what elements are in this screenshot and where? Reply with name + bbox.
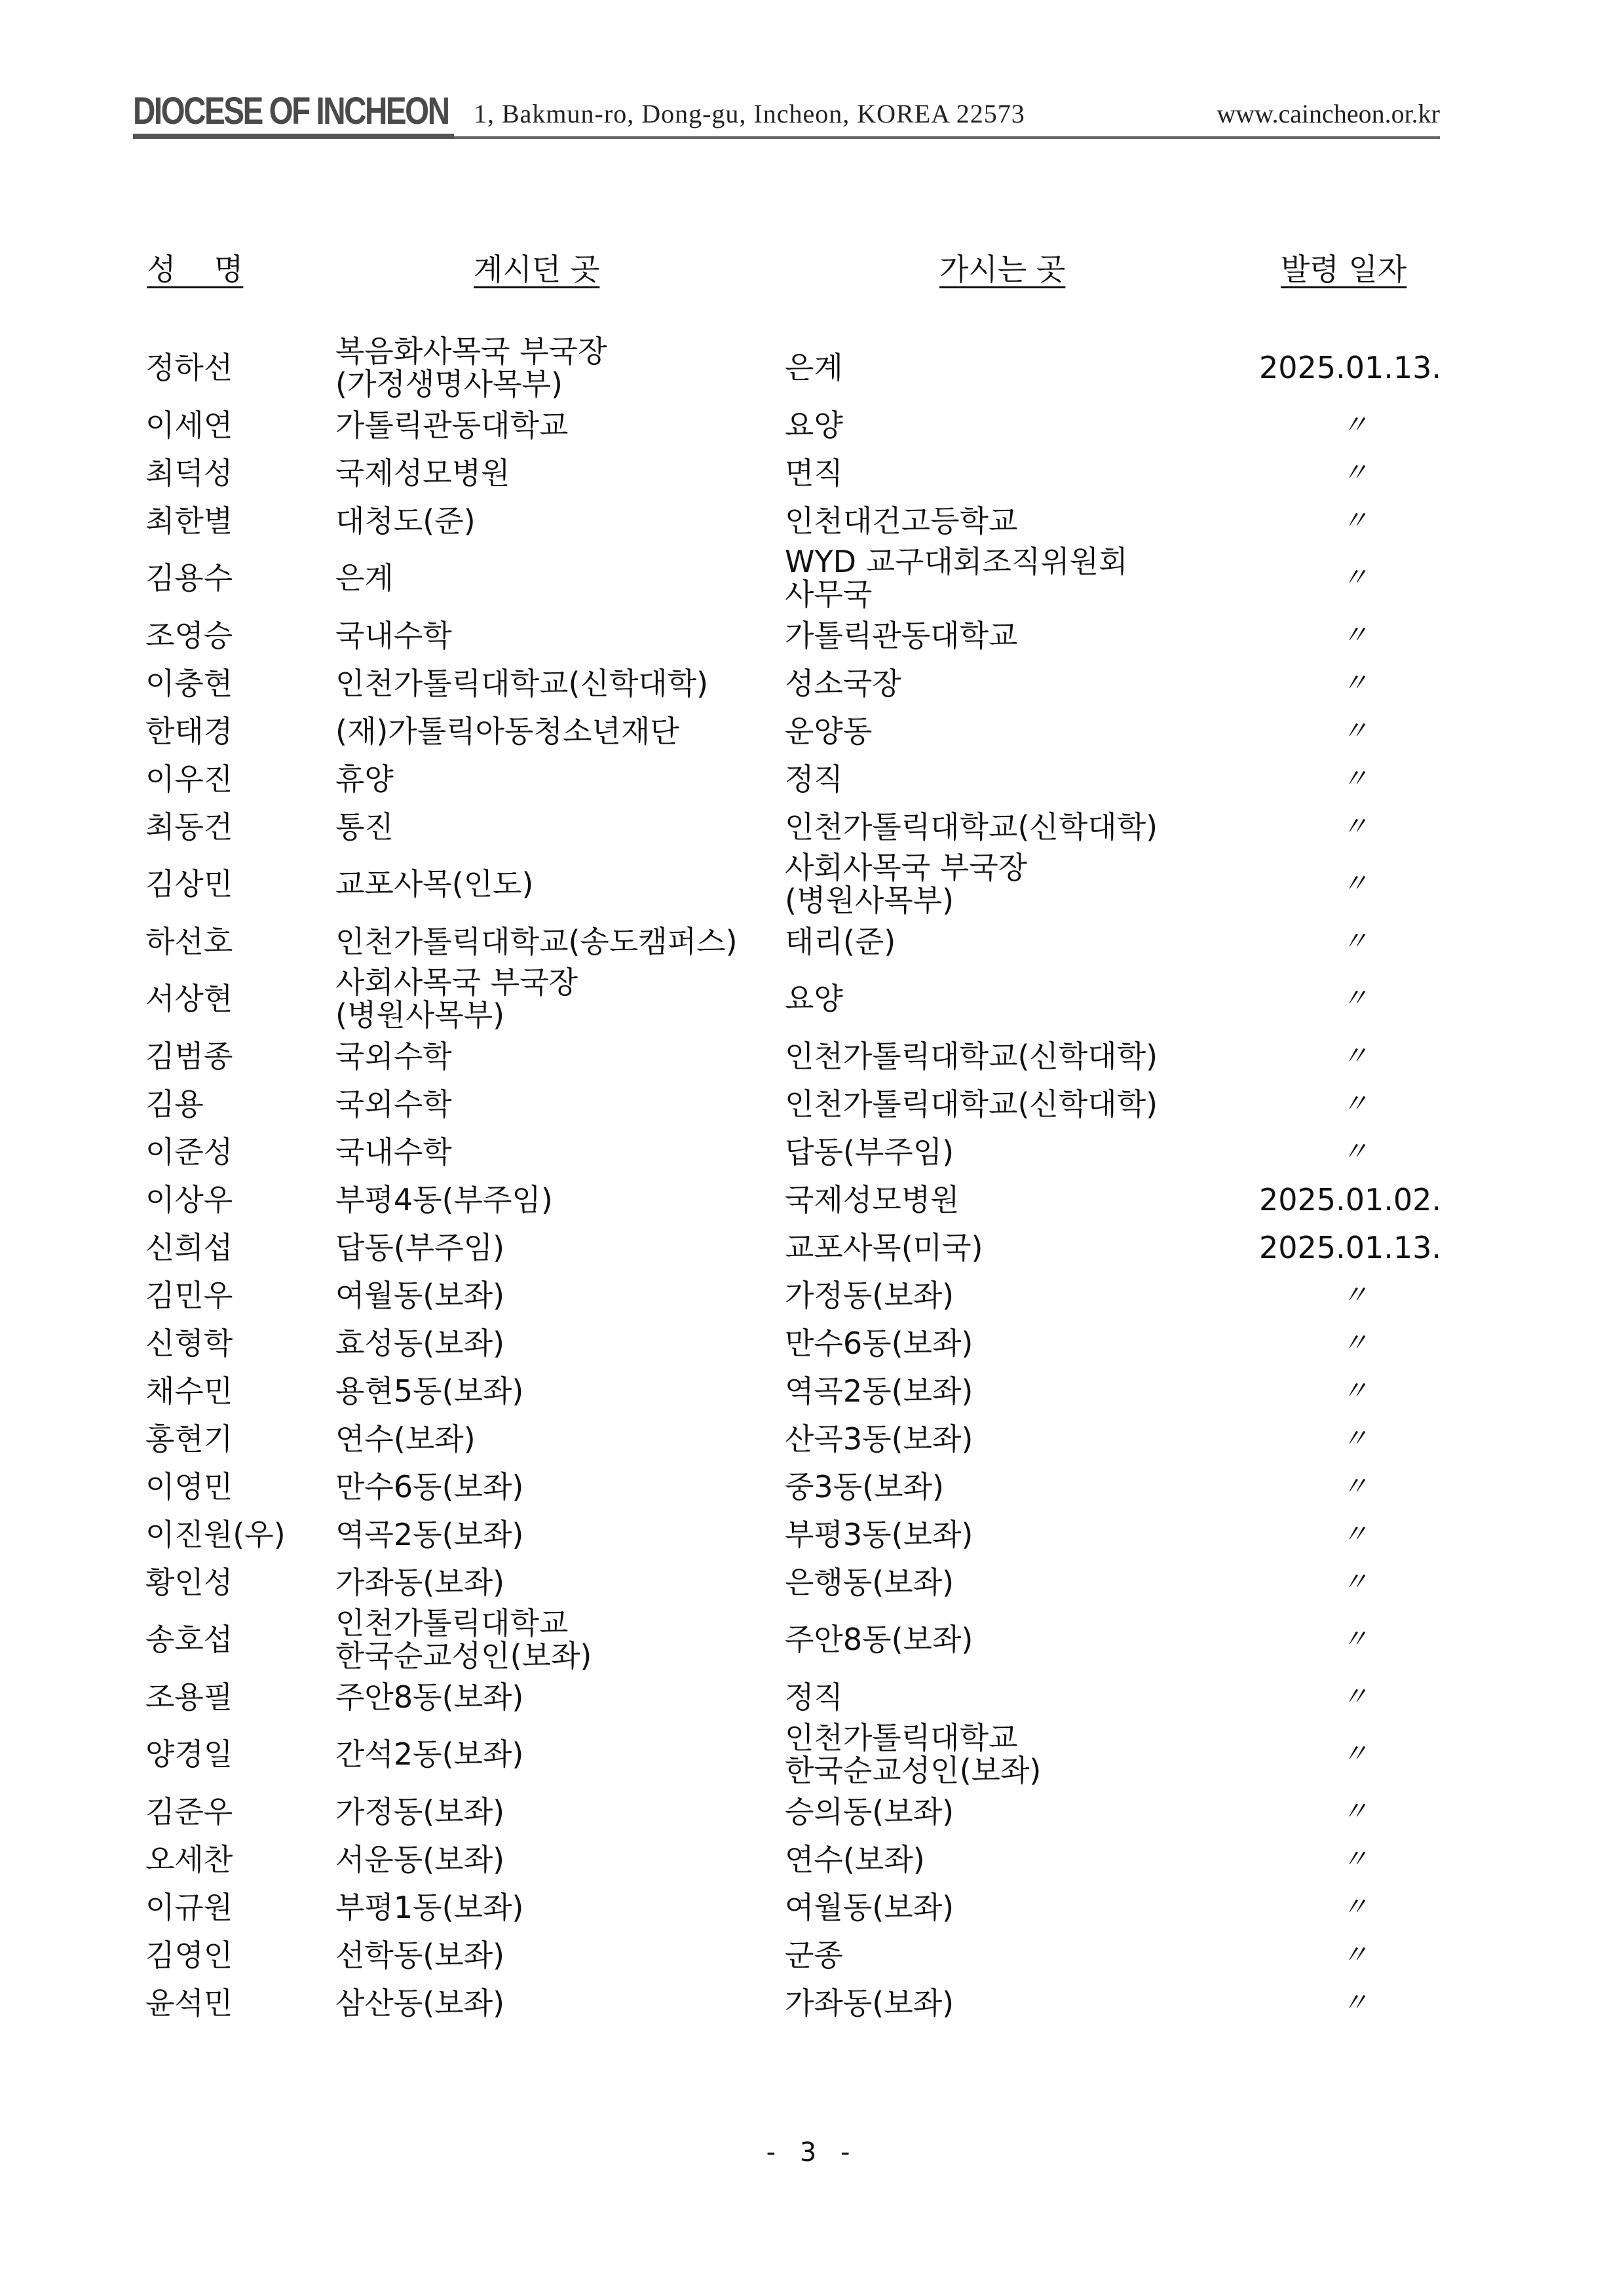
person-name: 신희섭 <box>145 1231 233 1264</box>
date-ditto-mark: 〃 <box>1342 1738 1368 1770</box>
person-name: 채수민 <box>145 1375 233 1407</box>
new-post-line: 은계 <box>785 351 843 384</box>
previous-post-line: 국내수학 <box>335 1136 452 1168</box>
new-post-line: 요양 <box>785 982 843 1015</box>
table-row: 홍현기연수(보좌)산곡3동(보좌)〃 <box>0 1415 1624 1463</box>
date-ditto-mark: 〃 <box>1342 1088 1368 1120</box>
new-post-line: 운양동 <box>785 715 872 748</box>
new-post: 국제성모병원 <box>785 1183 960 1216</box>
table-row: 최덕성국제성모병원면직〃 <box>0 449 1624 497</box>
new-post-line: 정직 <box>785 763 843 795</box>
new-post: 인천가톨릭대학교한국순교성인(보좌) <box>785 1721 1041 1787</box>
appointment-date: 2025.01.13. <box>1259 351 1441 384</box>
previous-post-line: 한국순교성인(보좌) <box>335 1639 592 1672</box>
previous-post-line: 은계 <box>335 562 394 594</box>
person-name: 이영민 <box>145 1470 233 1503</box>
new-post: 주안8동(보좌) <box>785 1623 973 1656</box>
previous-post-line: 가좌동(보좌) <box>335 1566 504 1599</box>
column-header-previous-post: 계시던 곳 <box>474 252 599 286</box>
date-ditto-mark: 〃 <box>1342 763 1368 795</box>
new-post: 만수6동(보좌) <box>785 1327 973 1360</box>
person-name: 오세찬 <box>145 1843 233 1876</box>
date-ditto-mark: 〃 <box>1342 1423 1368 1455</box>
previous-post: 복음화사목국 부국장(가정생명사목부) <box>335 335 607 400</box>
table-row: 채수민용현5동(보좌)역곡2동(보좌)〃 <box>0 1367 1624 1415</box>
appointment-date: 2025.01.13. <box>1259 1231 1441 1264</box>
person-name: 김영인 <box>145 1939 233 1972</box>
previous-post-line: 부평1동(보좌) <box>335 1891 523 1924</box>
person-name: 조영승 <box>145 619 233 652</box>
table-row: 송호섭인천가톨릭대학교한국순교성인(보좌)주안8동(보좌)〃 <box>0 1606 1624 1673</box>
new-post: 가정동(보좌) <box>785 1279 954 1312</box>
previous-post: 국제성모병원 <box>335 457 510 489</box>
person-name: 김상민 <box>145 868 233 900</box>
table-row: 한태경(재)가톨릭아동청소년재단운양동〃 <box>0 707 1624 755</box>
header-rule-thin <box>454 136 1440 139</box>
new-post-line: 정직 <box>785 1681 843 1713</box>
previous-post: 부평4동(부주임) <box>335 1183 553 1216</box>
date-ditto-mark: 〃 <box>1342 1987 1368 2019</box>
new-post: 면직 <box>785 457 843 489</box>
previous-post-line: 대청도(준) <box>335 505 476 537</box>
previous-post-line: 인천가톨릭대학교 <box>335 1607 592 1639</box>
person-name: 홍현기 <box>145 1423 233 1455</box>
date-ditto-mark: 〃 <box>1342 715 1368 748</box>
table-row: 이규원부평1동(보좌)여월동(보좌)〃 <box>0 1883 1624 1931</box>
date-ditto-mark: 〃 <box>1342 982 1368 1015</box>
date-ditto-mark: 〃 <box>1342 1470 1368 1503</box>
previous-post-line: 효성동(보좌) <box>335 1327 504 1360</box>
previous-post-line: 주안8동(보좌) <box>335 1681 523 1713</box>
new-post-line: 연수(보좌) <box>785 1843 925 1876</box>
table-row: 양경일간석2동(보좌)인천가톨릭대학교한국순교성인(보좌)〃 <box>0 1721 1624 1788</box>
person-name: 서상현 <box>145 982 233 1015</box>
table-row: 이세연가톨릭관동대학교요양〃 <box>0 401 1624 449</box>
column-header-new-post: 가시는 곳 <box>939 252 1065 286</box>
new-post-line: 역곡2동(보좌) <box>785 1375 973 1407</box>
table-row: 윤석민삼산동(보좌)가좌동(보좌)〃 <box>0 1979 1624 2027</box>
previous-post-line: 가톨릭관동대학교 <box>335 409 569 442</box>
new-post-line: 중3동(보좌) <box>785 1470 944 1503</box>
date-ditto-mark: 〃 <box>1342 1375 1368 1407</box>
previous-post: 국내수학 <box>335 1136 452 1168</box>
previous-post: 선학동(보좌) <box>335 1939 504 1972</box>
previous-post-line: 부평4동(부주임) <box>335 1183 553 1216</box>
new-post: 여월동(보좌) <box>785 1891 954 1924</box>
new-post-line: 인천가톨릭대학교(신학대학) <box>785 811 1158 843</box>
person-name: 최동건 <box>145 811 233 843</box>
date-ditto-mark: 〃 <box>1342 1623 1368 1656</box>
date-ditto-mark: 〃 <box>1342 457 1368 489</box>
person-name: 김민우 <box>145 1279 233 1312</box>
new-post: 답동(부주임) <box>785 1136 954 1168</box>
previous-post-line: (재)가톨릭아동청소년재단 <box>335 715 679 748</box>
new-post: 은계 <box>785 351 843 384</box>
new-post-line: 면직 <box>785 457 843 489</box>
table-row: 김범종국외수학인천가톨릭대학교(신학대학)〃 <box>0 1032 1624 1080</box>
table-row: 서상현사회사목국 부국장(병원사목부)요양〃 <box>0 965 1624 1032</box>
previous-post: 삼산동(보좌) <box>335 1987 504 2019</box>
date-ditto-mark: 〃 <box>1342 1891 1368 1924</box>
person-name: 이충현 <box>145 667 233 700</box>
previous-post: 가좌동(보좌) <box>335 1566 504 1599</box>
date-ditto-mark: 〃 <box>1342 1518 1368 1551</box>
table-row: 김준우가정동(보좌)승의동(보좌)〃 <box>0 1788 1624 1835</box>
person-name: 이진원(우) <box>145 1518 286 1551</box>
new-post: 중3동(보좌) <box>785 1470 944 1503</box>
new-post: 인천대건고등학교 <box>785 505 1018 537</box>
new-post: 정직 <box>785 1681 843 1713</box>
date-ditto-mark: 〃 <box>1342 1327 1368 1360</box>
person-name: 이세연 <box>145 409 233 442</box>
appointment-table: 정하선복음화사목국 부국장(가정생명사목부)은계2025.01.13.이세연가톨… <box>0 334 1624 2027</box>
previous-post: 국내수학 <box>335 619 452 652</box>
previous-post-line: 휴양 <box>335 763 394 795</box>
previous-post-line: 연수(보좌) <box>335 1423 476 1455</box>
new-post-line: 사회사목국 부국장 <box>785 851 1027 884</box>
table-row: 이진원(우)역곡2동(보좌)부평3동(보좌)〃 <box>0 1510 1624 1558</box>
person-name: 신형학 <box>145 1327 233 1360</box>
previous-post: (재)가톨릭아동청소년재단 <box>335 715 679 748</box>
previous-post: 여월동(보좌) <box>335 1279 504 1312</box>
column-header-date: 발령 일자 <box>1281 252 1407 286</box>
person-name: 이우진 <box>145 763 233 795</box>
person-name: 송호섭 <box>145 1623 233 1656</box>
new-post-line: 부평3동(보좌) <box>785 1518 973 1551</box>
table-row: 하선호인천가톨릭대학교(송도캠퍼스)태리(준)〃 <box>0 917 1624 965</box>
new-post: 군종 <box>785 1939 843 1972</box>
date-ditto-mark: 〃 <box>1342 1566 1368 1599</box>
new-post-line: 국제성모병원 <box>785 1183 960 1216</box>
table-row: 신희섭답동(부주임)교포사목(미국)2025.01.13. <box>0 1223 1624 1271</box>
person-name: 김범종 <box>145 1040 233 1073</box>
person-name: 한태경 <box>145 715 233 748</box>
appointment-date: 2025.01.02. <box>1259 1183 1441 1216</box>
previous-post: 휴양 <box>335 763 394 795</box>
date-ditto-mark: 〃 <box>1342 562 1368 594</box>
new-post-line: 가정동(보좌) <box>785 1279 954 1312</box>
new-post-line: 주안8동(보좌) <box>785 1623 973 1656</box>
previous-post: 국외수학 <box>335 1040 452 1073</box>
new-post: 연수(보좌) <box>785 1843 925 1876</box>
date-ditto-mark: 〃 <box>1342 1795 1368 1828</box>
person-name: 김용수 <box>145 562 233 594</box>
previous-post-line: 용현5동(보좌) <box>335 1375 523 1407</box>
new-post-line: 가좌동(보좌) <box>785 1987 954 2019</box>
table-row: 이상우부평4동(부주임)국제성모병원2025.01.02. <box>0 1176 1624 1223</box>
date-ditto-mark: 〃 <box>1342 1040 1368 1073</box>
new-post-line: 승의동(보좌) <box>785 1795 954 1828</box>
new-post-line: 교포사목(미국) <box>785 1231 983 1264</box>
table-row: 정하선복음화사목국 부국장(가정생명사목부)은계2025.01.13. <box>0 334 1624 401</box>
new-post-line: 인천가톨릭대학교(신학대학) <box>785 1088 1158 1120</box>
person-name: 조용필 <box>145 1681 233 1713</box>
previous-post: 부평1동(보좌) <box>335 1891 523 1924</box>
table-row: 이준성국내수학답동(부주임)〃 <box>0 1128 1624 1176</box>
person-name: 윤석민 <box>145 1987 233 2019</box>
table-row: 김민우여월동(보좌)가정동(보좌)〃 <box>0 1271 1624 1319</box>
new-post: 태리(준) <box>785 925 896 958</box>
date-ditto-mark: 〃 <box>1342 505 1368 537</box>
new-post: 은행동(보좌) <box>785 1566 954 1599</box>
date-ditto-mark: 〃 <box>1342 1681 1368 1713</box>
date-ditto-mark: 〃 <box>1342 868 1368 900</box>
previous-post: 국외수학 <box>335 1088 452 1120</box>
new-post: 역곡2동(보좌) <box>785 1375 973 1407</box>
table-row: 김영인선학동(보좌)군종〃 <box>0 1931 1624 1979</box>
new-post-line: 사무국 <box>785 578 1128 611</box>
date-ditto-mark: 〃 <box>1342 1843 1368 1876</box>
previous-post: 간석2동(보좌) <box>335 1738 523 1770</box>
previous-post-line: 국외수학 <box>335 1040 452 1073</box>
table-row: 김용수은계WYD 교구대회조직위원회사무국〃 <box>0 545 1624 611</box>
date-ditto-mark: 〃 <box>1342 1136 1368 1168</box>
person-name: 최한별 <box>145 505 233 537</box>
person-name: 양경일 <box>145 1738 233 1770</box>
previous-post-line: 답동(부주임) <box>335 1231 504 1264</box>
person-name: 김용 <box>145 1088 204 1120</box>
table-row: 김용국외수학인천가톨릭대학교(신학대학)〃 <box>0 1080 1624 1128</box>
previous-post-line: 복음화사목국 부국장 <box>335 335 607 368</box>
previous-post: 용현5동(보좌) <box>335 1375 523 1407</box>
person-name: 하선호 <box>145 925 233 958</box>
previous-post-line: 간석2동(보좌) <box>335 1738 523 1770</box>
previous-post-line: 서운동(보좌) <box>335 1843 504 1876</box>
new-post-line: 가톨릭관동대학교 <box>785 619 1018 652</box>
person-name: 황인성 <box>145 1566 233 1599</box>
previous-post: 가톨릭관동대학교 <box>335 409 569 442</box>
table-row: 이영민만수6동(보좌)중3동(보좌)〃 <box>0 1463 1624 1510</box>
new-post: 인천가톨릭대학교(신학대학) <box>785 811 1158 843</box>
table-row: 김상민교포사목(인도)사회사목국 부국장(병원사목부)〃 <box>0 851 1624 917</box>
previous-post-line: 인천가톨릭대학교(신학대학) <box>335 667 708 700</box>
previous-post: 대청도(준) <box>335 505 476 537</box>
previous-post: 주안8동(보좌) <box>335 1681 523 1713</box>
previous-post-line: 삼산동(보좌) <box>335 1987 504 2019</box>
date-ditto-mark: 〃 <box>1342 409 1368 442</box>
previous-post: 교포사목(인도) <box>335 868 534 900</box>
previous-post-line: 통진 <box>335 811 394 843</box>
new-post-line: 산곡3동(보좌) <box>785 1423 973 1455</box>
date-ditto-mark: 〃 <box>1342 925 1368 958</box>
previous-post: 만수6동(보좌) <box>335 1470 523 1503</box>
website-link[interactable]: www.caincheon.or.kr <box>1217 96 1440 132</box>
previous-post-line: 가정동(보좌) <box>335 1795 504 1828</box>
previous-post-line: 역곡2동(보좌) <box>335 1518 523 1551</box>
date-ditto-mark: 〃 <box>1342 811 1368 843</box>
previous-post: 가정동(보좌) <box>335 1795 504 1828</box>
new-post-line: 인천가톨릭대학교 <box>785 1721 1041 1754</box>
table-row: 최동건통진인천가톨릭대학교(신학대학)〃 <box>0 803 1624 851</box>
previous-post-line: 교포사목(인도) <box>335 868 534 900</box>
previous-post-line: 국내수학 <box>335 619 452 652</box>
previous-post: 은계 <box>335 562 394 594</box>
person-name: 정하선 <box>145 351 233 384</box>
date-ditto-mark: 〃 <box>1342 619 1368 652</box>
previous-post: 통진 <box>335 811 394 843</box>
person-name: 이준성 <box>145 1136 233 1168</box>
previous-post: 연수(보좌) <box>335 1423 476 1455</box>
new-post: 교포사목(미국) <box>785 1231 983 1264</box>
new-post-line: 군종 <box>785 1939 843 1972</box>
person-name: 이규원 <box>145 1891 233 1924</box>
previous-post: 효성동(보좌) <box>335 1327 504 1360</box>
new-post-line: 한국순교성인(보좌) <box>785 1754 1041 1787</box>
previous-post: 역곡2동(보좌) <box>335 1518 523 1551</box>
date-ditto-mark: 〃 <box>1342 1939 1368 1972</box>
previous-post-line: 인천가톨릭대학교(송도캠퍼스) <box>335 925 738 958</box>
new-post-line: (병원사목부) <box>785 884 1027 917</box>
address: 1, Bakmun-ro, Dong-gu, Incheon, KOREA 22… <box>474 96 1025 132</box>
new-post-line: 은행동(보좌) <box>785 1566 954 1599</box>
previous-post: 답동(부주임) <box>335 1231 504 1264</box>
person-name: 김준우 <box>145 1795 233 1828</box>
table-row: 오세찬서운동(보좌)연수(보좌)〃 <box>0 1835 1624 1883</box>
table-row: 조용필주안8동(보좌)정직〃 <box>0 1673 1624 1721</box>
new-post: 인천가톨릭대학교(신학대학) <box>785 1040 1158 1073</box>
letterhead: DIOCESE OF INCHEON 1, Bakmun-ro, Dong-gu… <box>133 90 1440 136</box>
table-row: 이충현인천가톨릭대학교(신학대학)성소국장〃 <box>0 659 1624 707</box>
previous-post: 인천가톨릭대학교(송도캠퍼스) <box>335 925 738 958</box>
new-post: 요양 <box>785 982 843 1015</box>
date-ditto-mark: 〃 <box>1342 667 1368 700</box>
previous-post-line: 국외수학 <box>335 1088 452 1120</box>
new-post-line: WYD 교구대회조직위원회 <box>785 545 1128 578</box>
new-post: 가톨릭관동대학교 <box>785 619 1018 652</box>
date-ditto-mark: 〃 <box>1342 1279 1368 1312</box>
diocese-logo: DIOCESE OF INCHEON <box>133 90 449 132</box>
table-row: 최한별대청도(준)인천대건고등학교〃 <box>0 497 1624 545</box>
new-post: WYD 교구대회조직위원회사무국 <box>785 545 1128 611</box>
previous-post-line: 만수6동(보좌) <box>335 1470 523 1503</box>
new-post: 부평3동(보좌) <box>785 1518 973 1551</box>
new-post-line: 만수6동(보좌) <box>785 1327 973 1360</box>
new-post-line: 요양 <box>785 409 843 442</box>
new-post: 인천가톨릭대학교(신학대학) <box>785 1088 1158 1120</box>
new-post-line: 여월동(보좌) <box>785 1891 954 1924</box>
previous-post-line: 국제성모병원 <box>335 457 510 489</box>
new-post-line: 인천대건고등학교 <box>785 505 1018 537</box>
previous-post: 사회사목국 부국장(병원사목부) <box>335 966 578 1031</box>
person-name: 최덕성 <box>145 457 233 489</box>
new-post: 정직 <box>785 763 843 795</box>
new-post: 요양 <box>785 409 843 442</box>
previous-post-line: 여월동(보좌) <box>335 1279 504 1312</box>
previous-post-line: 선학동(보좌) <box>335 1939 504 1972</box>
new-post: 산곡3동(보좌) <box>785 1423 973 1455</box>
page-number: - 3 - <box>0 2137 1624 2168</box>
new-post: 승의동(보좌) <box>785 1795 954 1828</box>
new-post-line: 답동(부주임) <box>785 1136 954 1168</box>
new-post: 운양동 <box>785 715 872 748</box>
column-header-name: 성 명 <box>147 252 243 286</box>
table-row: 조영승국내수학가톨릭관동대학교〃 <box>0 611 1624 659</box>
previous-post: 인천가톨릭대학교한국순교성인(보좌) <box>335 1607 592 1672</box>
new-post-line: 태리(준) <box>785 925 896 958</box>
new-post: 사회사목국 부국장(병원사목부) <box>785 851 1027 917</box>
table-row: 이우진휴양정직〃 <box>0 755 1624 803</box>
previous-post: 서운동(보좌) <box>335 1843 504 1876</box>
table-row: 황인성가좌동(보좌)은행동(보좌)〃 <box>0 1558 1624 1606</box>
new-post-line: 인천가톨릭대학교(신학대학) <box>785 1040 1158 1073</box>
previous-post-line: (병원사목부) <box>335 999 578 1031</box>
previous-post-line: 사회사목국 부국장 <box>335 966 578 999</box>
new-post: 성소국장 <box>785 667 901 700</box>
previous-post: 인천가톨릭대학교(신학대학) <box>335 667 708 700</box>
table-row: 신형학효성동(보좌)만수6동(보좌)〃 <box>0 1319 1624 1367</box>
previous-post-line: (가정생명사목부) <box>335 368 607 400</box>
new-post-line: 성소국장 <box>785 667 901 700</box>
person-name: 이상우 <box>145 1183 233 1216</box>
new-post: 가좌동(보좌) <box>785 1987 954 2019</box>
header-rule-thick <box>133 134 454 139</box>
